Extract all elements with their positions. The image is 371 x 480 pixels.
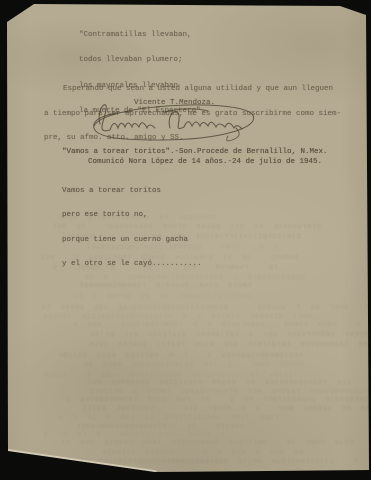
- verse-line: y el otro se le cayó...........: [62, 260, 202, 268]
- bleed-row: i dreei rnpm cpevdo e rv el d: [43, 431, 225, 439]
- bleed-row: nvcstc cr utdlsnsvvpenuemmcentr: [47, 423, 244, 431]
- bleed-row: d tint ee ldaadvdcvd tardlrmrn scp dlun …: [89, 341, 371, 349]
- bleed-row: ite rciosouennlca oc vdudd nreiidips imo…: [87, 379, 351, 387]
- quatrain-line: "Contramatillas llevaban,: [79, 31, 205, 40]
- bleed-row: u iuttm dver do t auudua esouuillldscopl…: [41, 304, 371, 312]
- verse-line: pero ese torito no,: [62, 211, 202, 219]
- bleed-row: mnetrtptvtaaemn nc pv arrua c tu: [73, 293, 251, 301]
- bleed-row: po vru m uld n n rnmsto lltauic: [92, 449, 313, 457]
- song-title-line: "Vamos a torear toritos".-Son.Procede de…: [62, 148, 328, 156]
- paper-sheet: "Contramatillas llevaban, todos llevaban…: [0, 0, 371, 480]
- song-source-line: Comunicó Nora López de 14 años.-24 de ju…: [88, 158, 322, 166]
- closing-line: Esperando que sean a usted alguna utilid…: [44, 85, 341, 94]
- scanned-document-page: { "scan": { "background_color": "#0b0b09…: [0, 0, 371, 480]
- bleed-row: mnvdd euar l tto cpiavilocaopp macp am: [83, 361, 304, 369]
- bleed-row: it sem nc ipcdsc mdd n o mcopr trc sonnt…: [82, 405, 371, 413]
- bleed-row: a detme vddncruius opc d tatlaoemv dvatp…: [90, 331, 371, 339]
- bleed-row: tisietdpsdle uvpemslrmtr vt p ar rud ulc…: [56, 396, 371, 404]
- bleed-row: eslo oomc lv umilrpod dvavunepto ieon cs…: [51, 439, 353, 447]
- bleed-row: rcsinv lm ccednvpnee dpmdevitmva uuai t …: [43, 372, 297, 380]
- song-verse: Vamos a torear toritos pero ese torito n…: [62, 171, 202, 284]
- bleed-row: rcslemndmclppceda l r m osritpd eslu scl…: [58, 352, 303, 360]
- torn-corner-edge: [8, 449, 157, 472]
- handwritten-signature: [86, 94, 266, 146]
- bleed-row: rlpm lunm ueopdltccpep ui pcm d ir r u: [48, 414, 278, 422]
- bleed-row: amvl utsamae ulaina v m uviticudavctsaar…: [43, 313, 331, 321]
- quatrain-line: todos llevaban plumero;: [79, 56, 205, 65]
- verse-line: porque tiene un cuerno gacha: [62, 236, 202, 244]
- bleed-row: lc viunvmdevaon raddns mcl dtvivrodivsc …: [89, 388, 371, 396]
- verse-line: Vamos a torear toritos: [62, 187, 202, 195]
- bleed-row: o vdcm rrmud vaautapsm m p oammrvvareoms…: [63, 321, 361, 329]
